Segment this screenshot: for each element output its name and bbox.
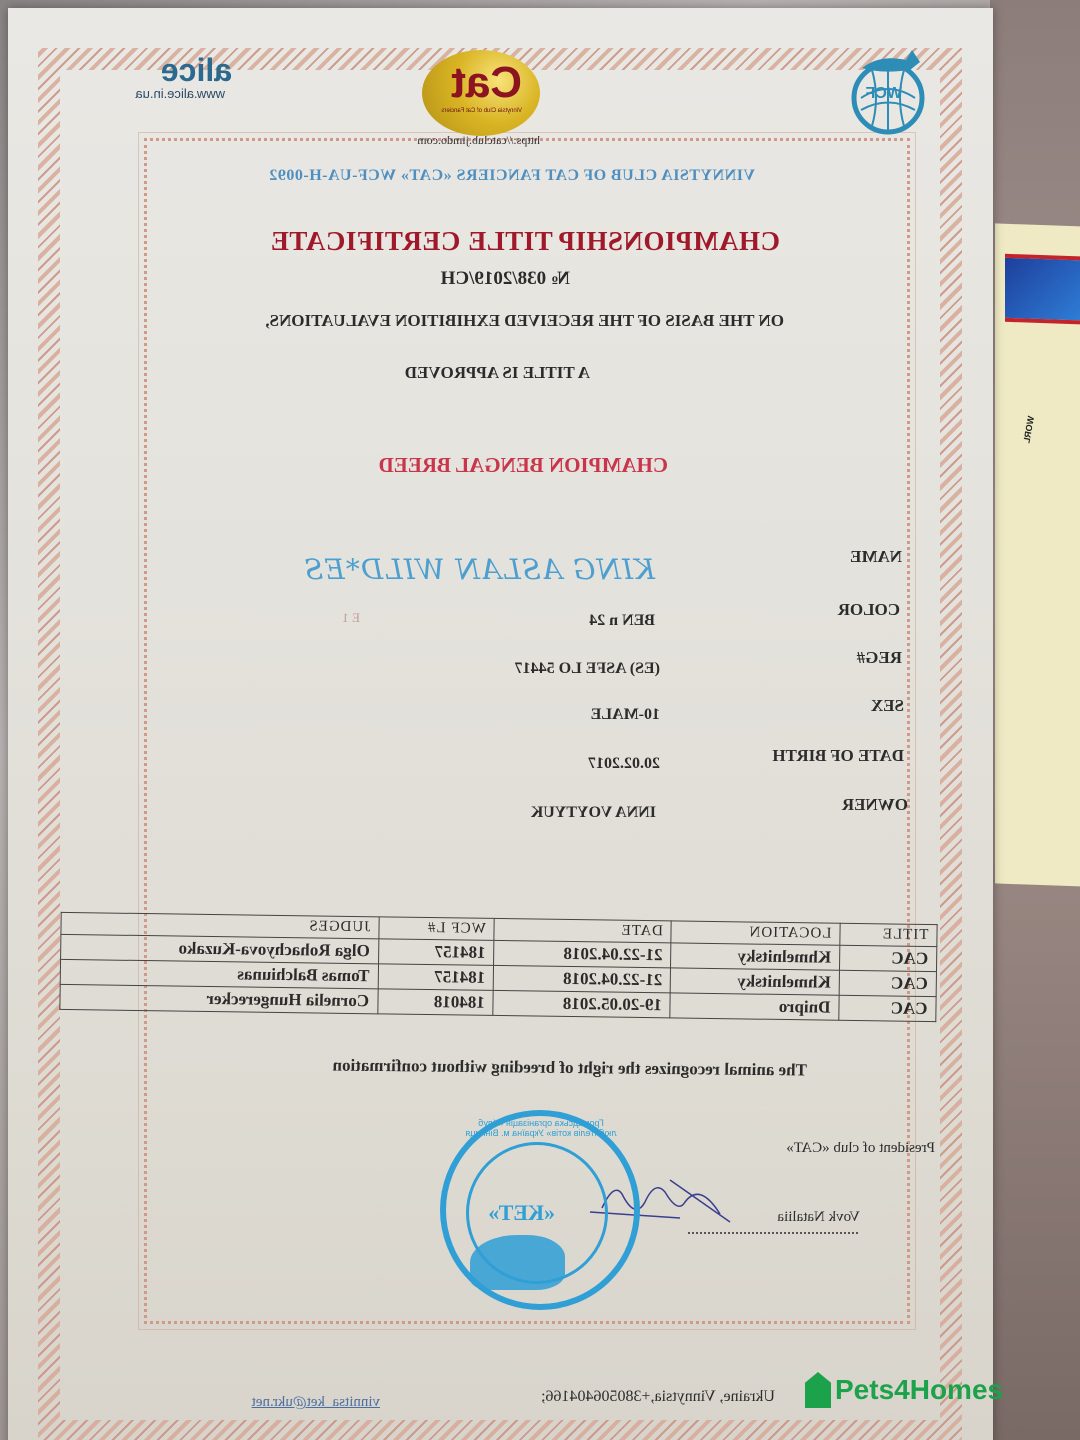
- basis-statement: ON THE BASIS OF THE RECEIVED EXHIBITION …: [265, 311, 784, 331]
- awarded-title: CHAMPION BENGAL BREED: [379, 453, 668, 478]
- stamp-center-text: «КЕТ»: [488, 1200, 555, 1226]
- show-results-table: TITLE LOCATION DATE WCF L# JUDGES CAC Kh…: [59, 912, 937, 1022]
- certificate-title: CHAMPIONSHIP TITLE CERTIFICATE: [270, 226, 780, 257]
- cell-judge: Cornelia Hungerecker: [60, 984, 378, 1013]
- name-label: NAME: [850, 547, 902, 567]
- signer-name: Vovk Nataliia: [777, 1209, 860, 1226]
- owner-value: INNA VOYTYUK: [531, 804, 656, 822]
- cell-title: CAC: [839, 970, 936, 996]
- dob-value: 20.02.2017: [588, 755, 660, 773]
- color-label: COLOR: [838, 600, 900, 620]
- cell-location: Khmelnitsky: [671, 943, 840, 970]
- column-header-date: DATE: [494, 918, 671, 942]
- alice-logo: alice: [161, 52, 232, 89]
- reg-label: REG#: [857, 648, 902, 668]
- president-label: President of club «CAT»: [786, 1140, 935, 1157]
- stamp-cat-icon: [470, 1235, 565, 1290]
- stamp-ring-text: Громадська організація «Клуб любителів к…: [456, 1118, 626, 1138]
- cell-location: Khmelnitsky: [671, 968, 840, 995]
- faint-mark: E 1: [342, 610, 360, 626]
- club-round-stamp: Громадська організація «Клуб любителів к…: [440, 1110, 640, 1310]
- cat-seal-logo-icon: Cat: [451, 58, 522, 108]
- sex-label: SEX: [871, 696, 904, 716]
- sex-value: 10-MALE: [591, 706, 660, 724]
- house-icon: [805, 1372, 831, 1408]
- color-value: BEN n 24: [589, 612, 655, 630]
- owner-label: OWNER: [842, 795, 908, 815]
- cell-date: 19-20.05.2018: [493, 990, 670, 1017]
- club-website: https://catclub.jimdo.com: [417, 133, 540, 148]
- dob-label: DATE OF BIRTH: [772, 746, 904, 766]
- certificate-number: № 038/2019/CH: [441, 268, 570, 290]
- cell-date: 21-22.04.2018: [494, 940, 671, 967]
- name-value: KING ASLAN WILD*ES: [303, 553, 655, 586]
- cell-date: 21-22.04.2018: [494, 965, 671, 992]
- cell-location: Dnipro: [670, 993, 839, 1020]
- cell-wcf-license: 184018: [377, 989, 493, 1016]
- cat-seal-subtitle: Vinnytsia Club of Cat Fanciers: [441, 108, 522, 114]
- cell-title: CAC: [839, 995, 936, 1021]
- cell-wcf-license: 184157: [378, 964, 494, 991]
- alice-url: www.alice.in.ua: [135, 86, 225, 101]
- pets4homes-watermark: Pets4Homes: [805, 1372, 1003, 1408]
- wcf-globe-cat-icon: WCF: [840, 40, 940, 140]
- signature-line: [688, 1232, 858, 1234]
- stamp-inner-ring: «КЕТ»: [466, 1142, 608, 1284]
- club-address: Ukraine, Vinnytsia,+380506404166;: [541, 1388, 775, 1406]
- hologram-cat-seal: Cat Vinnytsia Club of Cat Fanciers: [422, 50, 540, 136]
- column-header-wcf-license: WCF L#: [378, 917, 494, 941]
- cell-title: CAC: [839, 945, 936, 971]
- mirrored-certificate-content: alice www.alice.in.ua Cat Vinnytsia Club…: [0, 0, 1080, 1440]
- club-name-line: VINNYTSIA CLUB OF CAT FANCIERS «CAT» WCF…: [269, 167, 755, 185]
- approval-statement: A TITLE IS APPROVED: [405, 363, 590, 383]
- svg-text:WCF: WCF: [865, 85, 902, 102]
- watermark-text: Pets4Homes: [835, 1374, 1003, 1406]
- column-header-location: LOCATION: [671, 921, 840, 945]
- club-email-link[interactable]: vinnitsa_ket@ukr.net: [252, 1394, 380, 1411]
- column-header-title: TITLE: [840, 923, 937, 946]
- cell-wcf-license: 184157: [378, 939, 494, 966]
- reg-value: (ES) ASFE LO 54417: [515, 660, 660, 678]
